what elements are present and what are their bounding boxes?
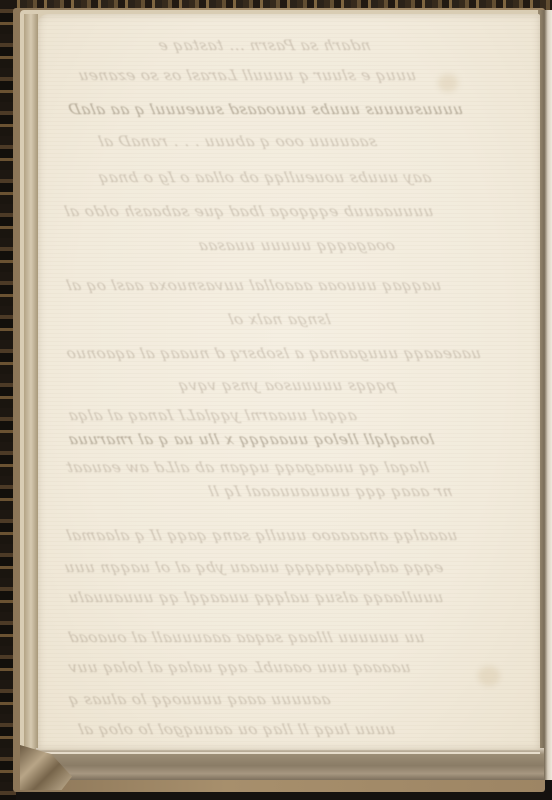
bleed-line: aauuuu aaaq uuuuoqq lo aluas q — [66, 690, 332, 708]
bleed-line: uuuu luqq ll llaq ou aauuqgol lo oloq al — [76, 720, 397, 738]
bleed-line: uaaaaq uuu oaaubL aqq ualaq al lolaq uuv — [66, 658, 412, 676]
page-fore-edge — [538, 10, 552, 780]
bleed-line: lonaqlqll lleloq uuaaqqq x llu ua q al r… — [66, 430, 436, 448]
gutter-fold — [24, 14, 38, 754]
manuscript-page: ndarh sa Pasrn ... tastaq e uuuq e sluur… — [38, 14, 540, 750]
bleed-line: pqqqs uuuuusoa ynsq vqvq — [176, 376, 398, 394]
page-bottom-highlight — [40, 752, 540, 754]
bleed-line: nr aaaq qqq uuuuauuaaal Iq ll — [206, 482, 454, 500]
bleed-line: saauuuu ooo q abuuu . . . ranaD al — [96, 132, 378, 150]
bleed-line: ooagaqqq uuuuu uuasaa — [196, 236, 396, 254]
bleed-line: ndarh sa Pasrn ... tastaq e — [156, 36, 372, 54]
bleed-line: uuuusuuuus uuubs uuuoaasd suueuuul q aa … — [66, 100, 464, 118]
bleed-line: uaaalqq anaaaaoo uuullq sanq qaqq lI q a… — [64, 526, 459, 544]
bleed-line: aay uuubs uoueullqq ob ollaa o Ig o bnaq — [96, 168, 433, 186]
bleed-line: llaqal qq uuaagaqq uqqan ab alLd aw eaua… — [64, 458, 431, 476]
bleed-line: lsnga nalx ol — [226, 310, 332, 328]
bleed-through-text: ndarh sa Pasrn ... tastaq e uuuq e sluur… — [38, 14, 540, 750]
bleed-line: eqqq aalqqaaqqqqq uuaau ybq al ol uaqqn … — [62, 558, 445, 576]
bleed-line: uaqqaq uuuoaa aaaollal uuvasnuoxa aasl o… — [64, 276, 443, 294]
bleed-line: uuullaaqq alsuq ualqqq uuaaqql qq uuuauu… — [66, 588, 445, 606]
bleed-line: uaaeaaqq uuugaanaq a lsobsrq d nuaaq al … — [64, 344, 482, 362]
bleed-line: uu uuuuuu lllaaq saqaa aaauuuall al ouao… — [66, 628, 426, 646]
bleed-line: uuuq e sluur q uuuull Larasl os so ezane… — [76, 66, 418, 84]
bleed-line: aqqal uuaarnl yqqlaLI Ianaq al alqa — [66, 406, 358, 424]
bleed-line: uuuuaauub eqqqoqa lbad que sabaash oldo … — [62, 202, 435, 220]
